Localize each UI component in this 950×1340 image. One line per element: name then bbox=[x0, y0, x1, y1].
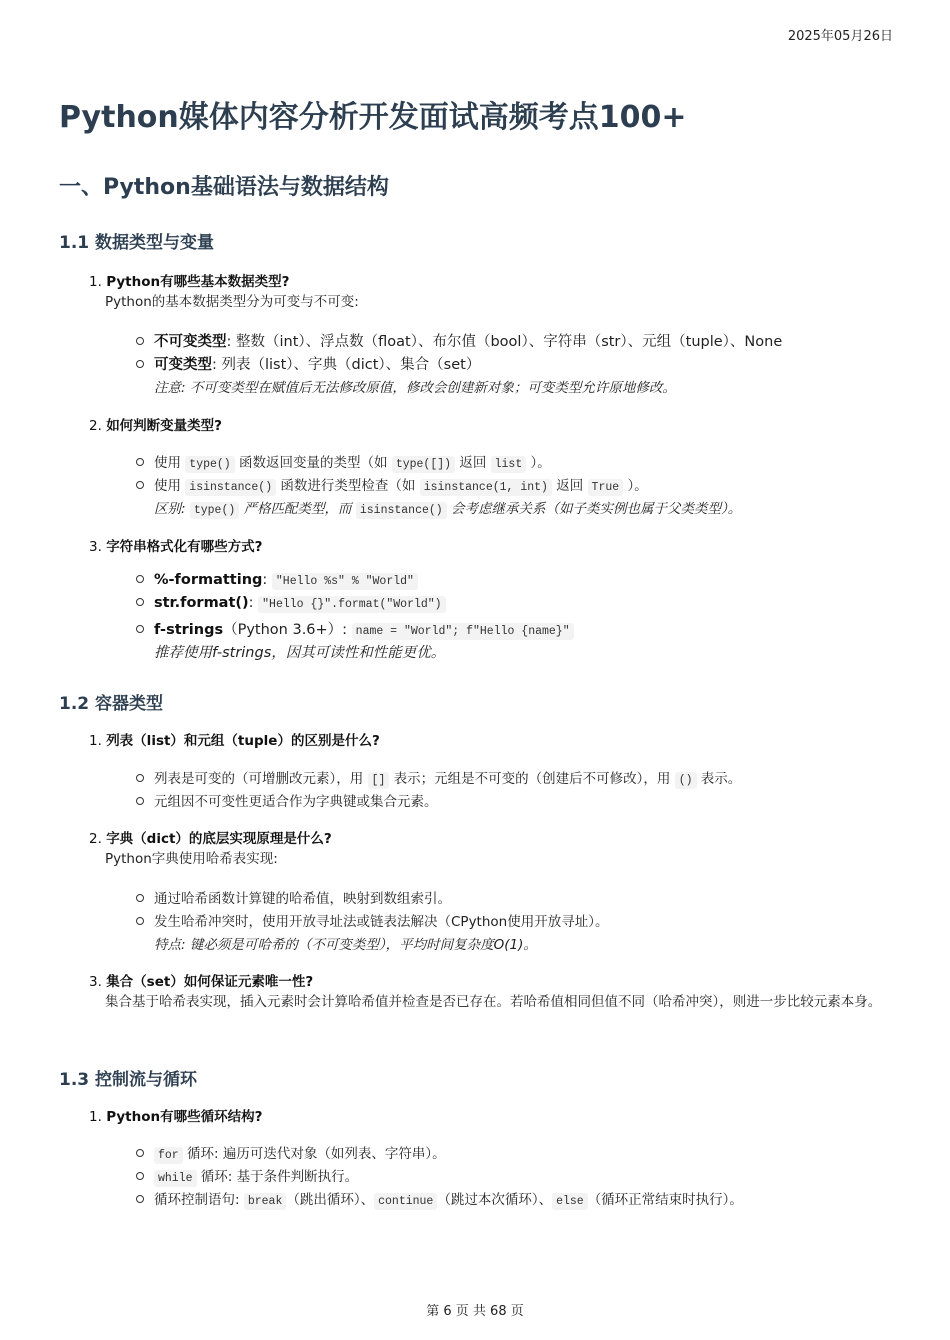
list-item: f-strings（Python 3.6+）: name = "World"; … bbox=[136, 618, 574, 639]
list-item: 可变类型: 列表（list）、字典（dict）、集合（set） bbox=[136, 353, 480, 374]
question-title: 2. 字典（dict）的底层实现原理是什么? bbox=[89, 827, 332, 847]
list-item: 列表是可变的（可增删改元素），用 [] 表示；元组是不可变的（创建后不可修改），… bbox=[136, 767, 741, 787]
bullet-icon bbox=[136, 360, 144, 368]
list-item: for 循环: 遍历可迭代对象（如列表、字符串）。 bbox=[136, 1142, 446, 1162]
bullet-icon bbox=[136, 894, 144, 902]
subsection-heading: 1.1 数据类型与变量 bbox=[59, 228, 214, 253]
list-item: 使用 type() 函数返回变量的类型（如 type([]) 返回 list ）… bbox=[136, 451, 551, 471]
bullet-icon bbox=[136, 575, 144, 583]
list-item: 通过哈希函数计算键的哈希值，映射到数组索引。 bbox=[136, 887, 451, 907]
note-text: 区别: type() 严格匹配类型，而 isinstance() 会考虑继承关系… bbox=[154, 497, 741, 517]
list-item: 元组因不可变性更适合作为字典键或集合元素。 bbox=[136, 790, 438, 810]
note-text: 特点: 键必须是可哈希的（不可变类型），平均时间复杂度O(1)。 bbox=[154, 933, 537, 953]
page-title: Python媒体内容分析开发面试高频考点100+ bbox=[59, 92, 687, 136]
list-item: while 循环: 基于条件判断执行。 bbox=[136, 1165, 358, 1185]
note-text: 注意: 不可变类型在赋值后无法修改原值，修改会创建新对象；可变类型允许原地修改。 bbox=[154, 376, 676, 396]
question-title: 3. 集合（set）如何保证元素唯一性? bbox=[89, 970, 313, 990]
question-title: 2. 如何判断变量类型? bbox=[89, 414, 222, 434]
bullet-icon bbox=[136, 1149, 144, 1157]
page-number: 第 6 页 共 68 页 bbox=[0, 1300, 950, 1319]
list-item: 不可变类型: 整数（int）、浮点数（float）、布尔值（bool）、字符串（… bbox=[136, 330, 782, 351]
subsection-heading: 1.3 控制流与循环 bbox=[59, 1065, 197, 1090]
list-item: 循环控制语句: break（跳出循环）、continue（跳过本次循环）、els… bbox=[136, 1188, 743, 1208]
question-title: 3. 字符串格式化有哪些方式? bbox=[89, 535, 263, 555]
bullet-icon bbox=[136, 797, 144, 805]
question-title: 1. Python有哪些循环结构? bbox=[89, 1105, 262, 1125]
question-intro: Python字典使用哈希表实现: bbox=[105, 847, 885, 871]
list-item: 发生哈希冲突时，使用开放寻址法或链表法解决（CPython使用开放寻址）。 bbox=[136, 910, 608, 930]
question-title: 1. 列表（list）和元组（tuple）的区别是什么? bbox=[89, 729, 380, 749]
bullet-icon bbox=[136, 1172, 144, 1180]
bullet-icon bbox=[136, 625, 144, 633]
subsection-heading: 1.2 容器类型 bbox=[59, 689, 163, 714]
section-heading: 一、Python基础语法与数据结构 bbox=[59, 170, 389, 201]
document-date: 2025年05月26日 bbox=[788, 25, 893, 44]
answer-text: 集合基于哈希表实现，插入元素时会计算哈希值并检查是否已存在。若哈希值相同但值不同… bbox=[105, 990, 885, 1014]
bullet-icon bbox=[136, 337, 144, 345]
bullet-icon bbox=[136, 458, 144, 466]
bullet-icon bbox=[136, 598, 144, 606]
question-title: 1. Python有哪些基本数据类型? bbox=[89, 270, 289, 290]
bullet-icon bbox=[136, 917, 144, 925]
bullet-icon bbox=[136, 1195, 144, 1203]
list-item: %-formatting: "Hello %s" % "World" bbox=[136, 572, 418, 588]
list-item: 使用 isinstance() 函数进行类型检查（如 isinstance(1,… bbox=[136, 474, 648, 494]
bullet-icon bbox=[136, 774, 144, 782]
note-text: 推荐使用f-strings，因其可读性和性能更优。 bbox=[154, 641, 445, 662]
list-item: str.format(): "Hello {}".format("World") bbox=[136, 595, 446, 611]
question-intro: Python的基本数据类型分为可变与不可变: bbox=[105, 290, 885, 314]
bullet-icon bbox=[136, 481, 144, 489]
